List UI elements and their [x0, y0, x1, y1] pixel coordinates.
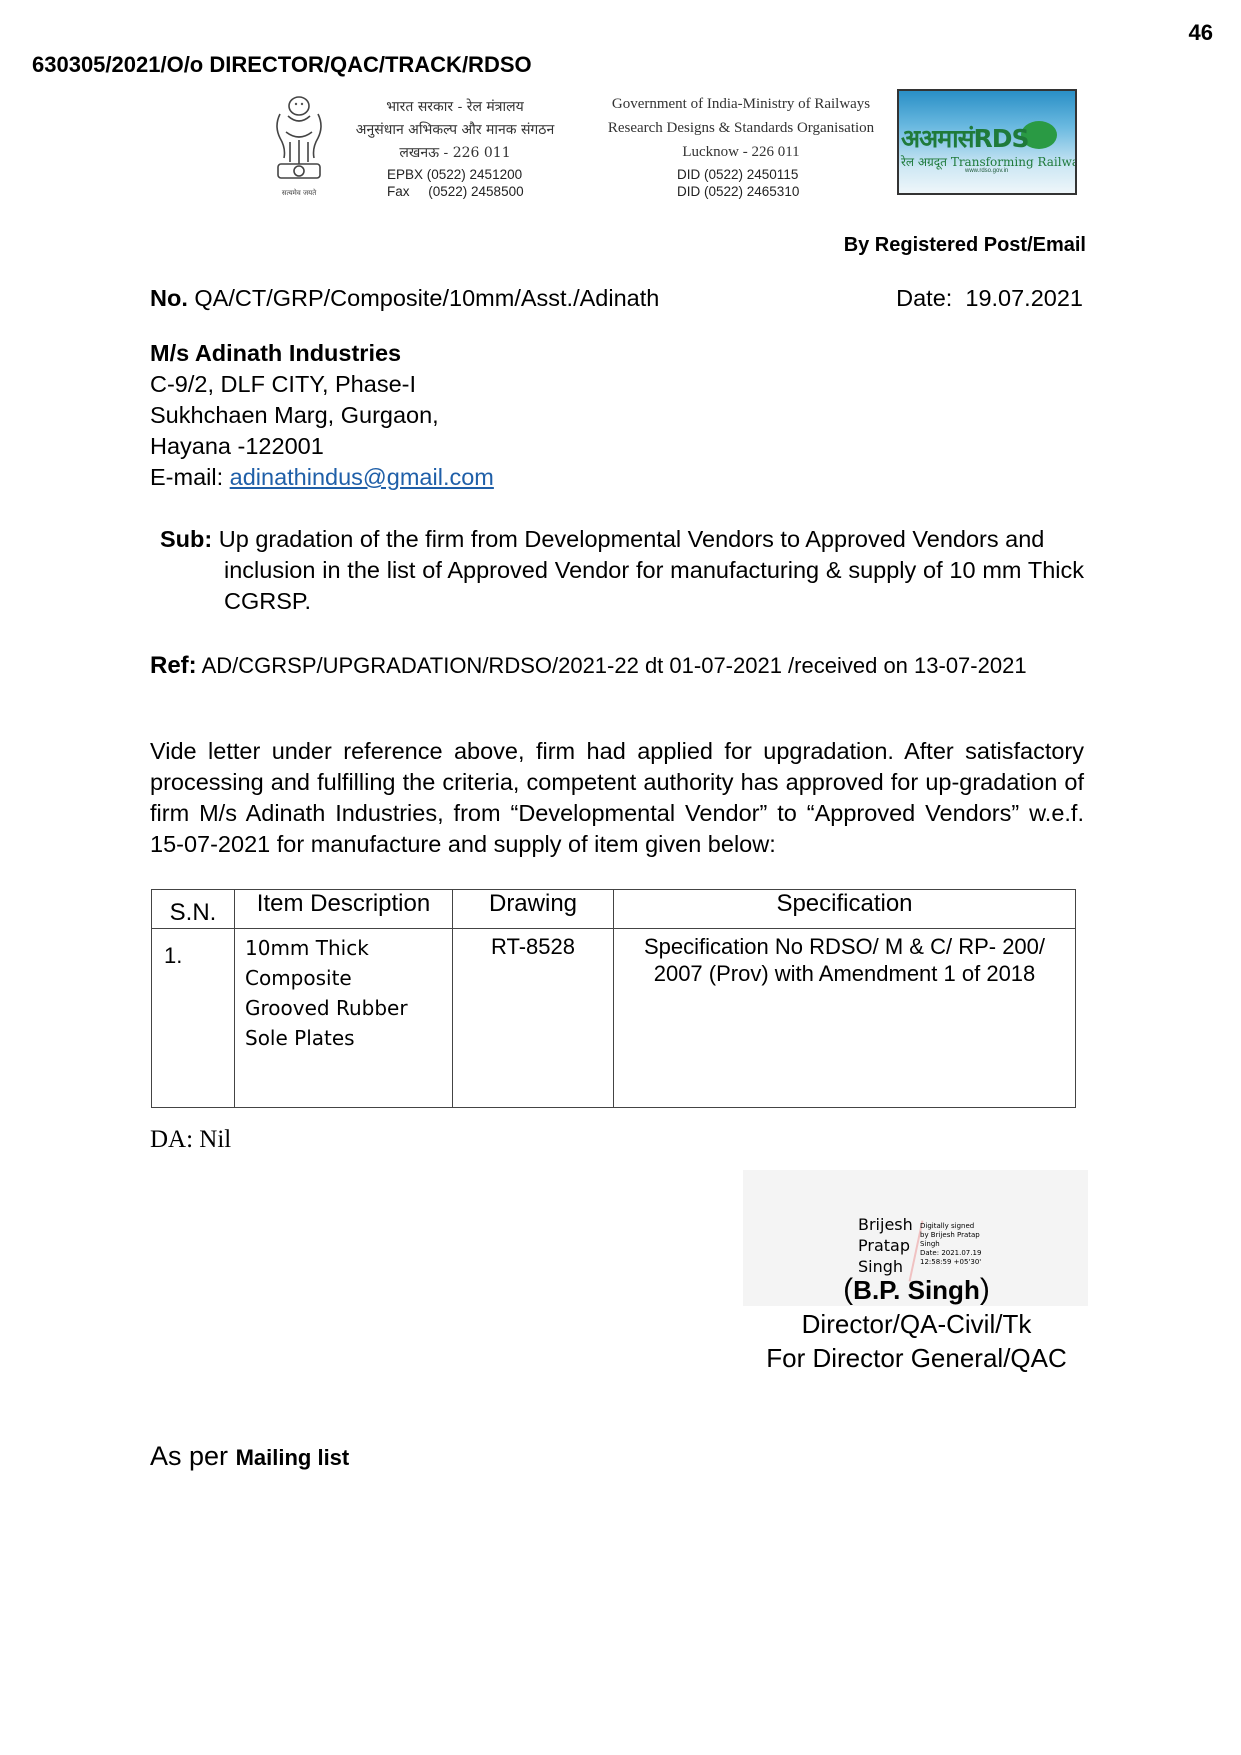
page-number: 46 — [1189, 20, 1213, 46]
digital-signer-name: Brijesh Pratap Singh — [858, 1214, 913, 1277]
reference: Ref: AD/CGRSP/UPGRADATION/RDSO/2021-22 d… — [150, 652, 1027, 680]
signatory-name: B.P. Singh — [853, 1275, 980, 1305]
cell-sn: 1. — [152, 929, 235, 1108]
distribution-line: As per Mailing list — [150, 1441, 349, 1472]
phone-numbers-left: EPBX (0522) 2451200 Fax (0522) 2458500 — [387, 166, 524, 200]
body-paragraph: Vide letter under reference above, firm … — [150, 736, 1084, 860]
emblem-motto: सत्यमेव जयते — [282, 188, 317, 197]
addressee-block: M/s Adinath Industries C-9/2, DLF CITY, … — [150, 338, 494, 493]
digital-signature-details: Digitally signed by Brijesh Pratap Singh… — [920, 1222, 981, 1267]
column-header-drawing: Drawing — [453, 890, 614, 929]
firm-name: M/s Adinath Industries — [150, 338, 494, 369]
email-link[interactable]: adinathindus@gmail.com — [230, 464, 494, 490]
signatory-for-line: For Director General/QAC — [744, 1341, 1089, 1375]
signatory-block: (B.P. Singh) Director/QA-Civil/Tk For Di… — [744, 1273, 1089, 1375]
signatory-designation: Director/QA-Civil/Tk — [744, 1307, 1089, 1341]
column-header-description: Item Description — [235, 890, 453, 929]
table-header-row: S.N. Item Description Drawing Specificat… — [152, 890, 1076, 929]
phone-numbers-right: DID (0522) 2450115 DID (0522) 2465310 — [677, 166, 799, 200]
da-enclosure: DA: Nil — [150, 1126, 231, 1154]
cell-description: 10mm Thick Composite Grooved Rubber Sole… — [235, 929, 453, 1108]
cell-drawing: RT-8528 — [453, 929, 614, 1108]
cell-specification: Specification No RDSO/ M & C/ RP- 200/ 2… — [614, 929, 1076, 1108]
items-table: S.N. Item Description Drawing Specificat… — [151, 889, 1076, 1108]
english-letterhead: Government of India-Ministry of Railways… — [596, 92, 886, 164]
file-reference: 630305/2021/O/o DIRECTOR/QAC/TRACK/RDSO — [32, 52, 532, 78]
column-header-specification: Specification — [614, 890, 1076, 929]
national-emblem-icon: सत्यमेव जयते — [268, 92, 330, 202]
subject: Sub: Up gradation of the firm from Devel… — [160, 524, 1084, 617]
letter-date: Date: 19.07.2021 — [896, 283, 1083, 314]
delivery-mode: By Registered Post/Email — [844, 234, 1086, 257]
rdso-logo: अअमासंRDS रेल अग्रदूत Transforming Railw… — [897, 89, 1077, 195]
table-row: 1. 10mm Thick Composite Grooved Rubber S… — [152, 929, 1076, 1108]
letter-number: No. QA/CT/GRP/Composite/10mm/Asst./Adina… — [150, 283, 659, 314]
column-header-sn: S.N. — [152, 890, 235, 929]
hindi-letterhead: भारत सरकार - रेल मंत्रालय अनुसंधान अभिकल… — [340, 96, 570, 165]
